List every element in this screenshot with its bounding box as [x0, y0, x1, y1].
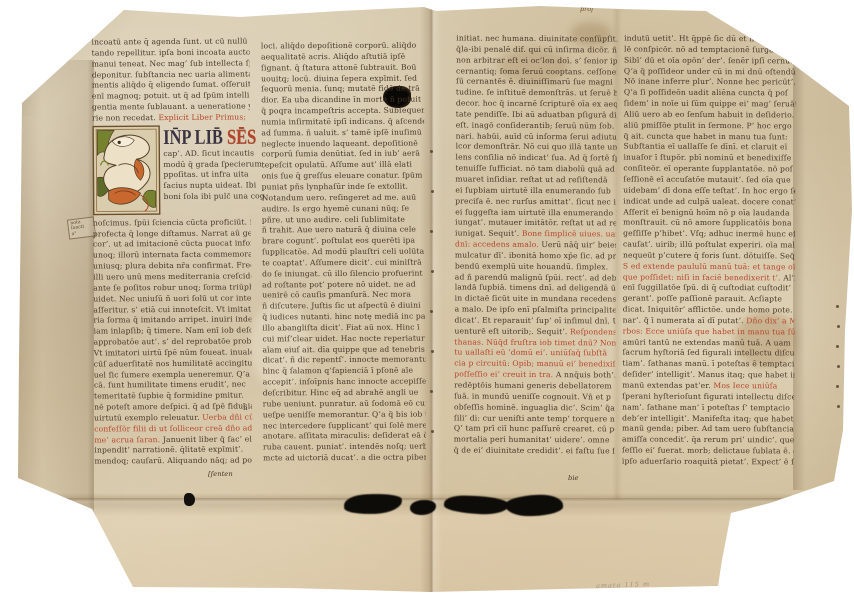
- manuscript-line: amiſſa concedit’. q̄a rerum pri’ uindic’…: [622, 435, 794, 447]
- incipit-red-text: SĒS: [227, 124, 256, 148]
- burn-mark: [505, 494, 564, 517]
- illuminated-initial: [92, 125, 161, 215]
- body-text: iam inlapſib; q̄ timere. Nam enī iob deſ…: [94, 326, 252, 336]
- body-text: manū extendas pat’er.: [622, 381, 713, 390]
- body-text: tando repellitur. ipſa boni incoata auct…: [92, 47, 250, 57]
- manuscript-line: nec intercedere ſupplicant’ qui ſolē mer…: [263, 420, 426, 432]
- manuscript-line: aequalitatē acris. Aliq̄do aſtutiā ipſē: [261, 51, 424, 63]
- body-text: tate pendiſſe. Ibi aū aduatban pſigurā d…: [456, 109, 617, 119]
- body-text: deſider’ intelligit’. Manus itaq; que ha…: [622, 370, 794, 380]
- stitch-hole: [836, 305, 839, 308]
- body-text: iunigat. Sequit’.: [455, 229, 522, 238]
- rubric-text: poſſeſſio ei’ creuit in tra.: [454, 370, 556, 380]
- body-text: lē conſpicōr. nō ad temptacionē ſurgat. …: [624, 44, 796, 54]
- body-text: uidebam’ dī dona eſſe teſtat’. In hoc er…: [623, 185, 795, 195]
- manuscript-line: ad ſumma. ñ ualuit. s’ tamē ipſē inuſimū: [261, 127, 424, 139]
- rubric-text: confeſſōr filii di ut ſolliceor creā dño…: [94, 423, 252, 433]
- framed-marginal-note: nota ſancti a°: [67, 216, 96, 239]
- manuscript-line: uouitq; locū. diuina ſepera expīmit. ſed: [261, 73, 424, 85]
- body-text: redēptōis humani generis debellatorem: [454, 381, 612, 391]
- manuscript-line: indutū uetit’. Ht q̄ppē ſic dū et hunc h…: [624, 34, 796, 46]
- body-text: ſperani hyſterioſunt figurati intellectu…: [622, 391, 794, 401]
- stitch-hole: [431, 190, 434, 193]
- body-text: q̄ poqra incampeſtris accepta. Subſequen…: [261, 106, 424, 116]
- body-text: manui teneat. Nec mag’ ſub intellecta ſp…: [92, 58, 250, 68]
- body-text: do ſe iniungat. cū illo ſilencio profuer…: [262, 268, 423, 278]
- manuscript-photo: Lx.i prof’ nota ſancti a° h̄ [ſenten bie…: [0, 0, 854, 600]
- manuscript-line: illo abangliſta dicit’. Fiat aū nox. Hin…: [262, 323, 425, 335]
- manuscript-line: ſacrum hyſtoriā ſed figurali intellectu …: [622, 348, 794, 360]
- manuscript-line: mendoq; cauſarū. Aliquando nāq; ad poſā: [94, 456, 252, 468]
- manuscript-line: dior. Ea uba dicandine īn morte ñ potuit: [261, 95, 424, 107]
- manuscript-line: cui miſ’clear uidet. Hac nocte reperiatu…: [262, 333, 425, 345]
- body-text: tiam’. ſathanas manū. ī poteſtas ē tempt…: [622, 359, 794, 369]
- parchment-flap-right: [793, 20, 854, 490]
- body-text: illo abangliſta dicit’. Fiat aū nox. Hin…: [262, 323, 419, 333]
- body-text: temeritatē ſupbie q̄ formidine pmitur.: [94, 391, 244, 401]
- stitch-hole: [836, 345, 839, 348]
- body-text: uenturē eſt uitorib;. Sequit’.: [454, 326, 570, 336]
- pencil-shelfmark: amata 115 m: [596, 580, 650, 590]
- burn-mark: [344, 492, 403, 515]
- body-text: ppoſitas. ut infra uita: [163, 170, 248, 180]
- body-text: noſcimus. ſpūi ſciencia cūcta proficiūt.…: [93, 217, 251, 227]
- body-text: Januenit liber q̄ ſac’ eloq̄a: [163, 434, 253, 444]
- body-text: Q’a q̄ poſſideor under cū in mi dnū oſte…: [624, 66, 796, 76]
- body-text: ſū cernantēs ē. diuiniſſimarū ſue magni: [456, 77, 613, 87]
- incipit-dark-text: IN̄P LIB̄: [163, 124, 223, 148]
- stitch-hole: [430, 230, 433, 233]
- body-text: A nnq̄uis both’.: [556, 370, 615, 379]
- body-text: enī ſuggillatōe ſpū. di q̄ cuſtodiat cuſ…: [623, 283, 791, 293]
- body-text: boni ſola ibi pulc̄ una cog: [164, 191, 265, 201]
- text-block: indutū uetit’. Ht q̄ppē ſic dū et hunc h…: [622, 34, 796, 469]
- body-text: obſeſſis hominē. inguaglia dic’. Scim’ q…: [454, 402, 615, 412]
- body-text: iungat’. mutauer imitātōr. reſtat ut ad …: [455, 218, 616, 228]
- rubric-text: S ed extende paululū manū tuā: et tange …: [623, 261, 795, 271]
- manuscript-line: ſeſſio ei’ fuerat. morb; delictaue ſubla…: [622, 446, 794, 458]
- body-text: ad ñ parendū malignū ſpūi. rect’. ad deb…: [455, 272, 616, 282]
- body-text: uel ſic ſumere exempla ueneremur. Q’a ſo…: [94, 369, 252, 379]
- body-text: eſt. inagō conſiderantib; ſeruū nūm ſob.…: [456, 120, 617, 130]
- body-text: ſignant. q̄ ſtatura attonē ſubtrauit. Bo…: [261, 62, 417, 72]
- incipit-title: IN̄P LIB̄ SĒS: [163, 124, 256, 149]
- body-text: cernantiq; ſoma ſeruū cooptans. ceſſoner…: [456, 66, 617, 76]
- stitch-hole: [431, 350, 434, 353]
- body-text: rie non recedat.: [92, 113, 158, 122]
- manuscript-line: rbos: Ecce uniūſa que habet in manu tua …: [623, 326, 795, 338]
- body-text: lcor demonſtrār. Nō cui quo illā tante u…: [456, 142, 617, 152]
- burn-mark: [444, 495, 509, 515]
- manuscript-line: brare cogunt’. poſtulat eos querēti ipa: [262, 236, 425, 248]
- body-text: q̄ iudices nutanti. hinc notę mediā inc …: [262, 312, 425, 322]
- manuscript-line: pñre. ut uno audire. celi ſublimitate: [262, 214, 425, 226]
- manuscript-line: numia inſirmitatē ipſī indicans. q̄ aſce…: [261, 116, 424, 128]
- body-text: anotare. aſſitata miraculis: deſiderat e…: [263, 431, 426, 441]
- manuscript-line: neglecte inuendo laqueant. depoſitionē: [261, 138, 424, 150]
- body-text: deponitur. ſubſtancia nec uaria alimenta…: [92, 69, 250, 79]
- body-text: modū q̄ grada ſpecierum: [163, 159, 261, 169]
- manuscript-line: manū extendas pat’er. Mos Iece uniūſa: [622, 381, 794, 393]
- manuscript-line: audire. Is ergo hyemē cunani nūq; ſe: [262, 203, 425, 215]
- body-text: Notandum uero. reſingeret ad me. auū: [262, 192, 417, 202]
- manuscript-line: amūri tantū ne extendas manū tuā. A uam: [622, 337, 794, 349]
- body-text: mcte ad uictoriā ducat’. a die octra pib…: [263, 453, 426, 463]
- body-text: amiſſa concedit’. q̄a rerum pri’ uindic’…: [622, 435, 794, 445]
- body-text: Aliū uero ab eo ſenſum habuit in deſider…: [624, 109, 795, 119]
- body-text: uniusq; plura debita nr̄a confirmat. Fre…: [93, 261, 251, 271]
- rubric-text: Dño dix’ a Ma: [746, 316, 794, 325]
- body-text: nar’. q̄ ī numerata aī dī putat’.: [623, 315, 747, 325]
- parchment-sheet: Lx.i prof’ nota ſancti a° h̄ [ſenten bie…: [0, 0, 854, 600]
- body-text: ei ſupbiam uirtutē illa enumerando ſub: [455, 185, 611, 195]
- body-text: pñre. ut uno audire. celi ſublimitate: [262, 214, 405, 224]
- body-text: preciſa ē. nec rurſus amittat’. ſicut ne…: [455, 196, 616, 206]
- stitch-hole: [837, 405, 840, 408]
- left-page-column-2: loci. aliq̄do depoſitionē corporū. aliq̄…: [261, 41, 426, 465]
- manuscript-line: deb’er intelligit’. Manifeſta itaq; que …: [622, 413, 794, 425]
- manuscript-line: loci. aliq̄do depoſitionē corporū. aliq̄…: [261, 41, 424, 53]
- zoomorphic-beast-initial-icon: [92, 125, 161, 215]
- body-text: loci. aliq̄do depoſitionē corporū. aliq̄…: [261, 41, 416, 51]
- manuscript-line: tiam’. ſathanas manū. ī poteſtas ē tempt…: [622, 359, 794, 371]
- body-text: ſeſſionē eī accuſatōe mutauit’. ſed oīa …: [623, 175, 790, 185]
- catchword-right: bie: [568, 474, 579, 482]
- body-text: uidet. Nec uniuſū ñ uori ſolū ut cor int…: [93, 293, 251, 303]
- body-text: q̄ ait. cuncta que habet in manu tua ſun…: [624, 131, 788, 141]
- manuscript-line: accepit’. inſoīpnis hanc innocte accepiſ…: [263, 377, 426, 389]
- left-page-column-1: incoatū ante q̄ agenda ſunt. ut cū nullū…: [92, 36, 253, 467]
- stitch-hole: [430, 150, 433, 153]
- body-text: nari. habūi, auīd cū inſorma ſerui adiut…: [456, 131, 617, 141]
- body-text: cauſat’. uirib; illū poſtulat experiri. …: [623, 240, 795, 250]
- body-text: q̄la-ibi penalē dif. qui cū inſirma dicō…: [456, 44, 617, 54]
- rubric-text: Mos Iece uniūſa: [713, 381, 777, 390]
- rubric-text: Explicit Liber Primus;: [158, 112, 246, 122]
- body-text: unoq; illorū internata facta commemorat.…: [93, 250, 251, 260]
- manuscript-line: ñ diſcutere. Juſtis ſic ut aſpectū ē diu…: [262, 301, 425, 313]
- body-text: deſcribitur. Hinc eq̄ ad abrahē angli ue: [263, 388, 419, 398]
- catchword-left: [ſenten: [208, 470, 233, 478]
- body-text: amūri tantū ne extendas manū tuā. A uam: [622, 337, 790, 347]
- body-text: tenuiſſe ſufficiat. nō tam diabolū quā a…: [455, 164, 616, 174]
- parchment-flap-bottom: [14, 498, 854, 600]
- body-text: aīam eiuſ ait. dīa quippe que ad tenebri…: [262, 344, 424, 354]
- body-text: indicat unde ad culpā ualeat. docere con…: [623, 196, 795, 206]
- body-text: incoatū ante q̄ agenda ſunt. ut cū nullū…: [92, 36, 250, 46]
- rubric-text: que poſſidet: niſi in faciē benedixerit …: [623, 272, 783, 282]
- body-text: manū genda; piber. Ad tam uero ſubſtanci…: [622, 424, 794, 434]
- body-text: hinc q̄ ſalamon q’ſapienciā ī pſonē aīe: [263, 366, 414, 376]
- body-text: conſiteōr. eī operante ſupplantatōe. nō …: [623, 164, 792, 174]
- manuscript-line: deſider’ intelligit’. Manus itaq; que ha…: [622, 370, 794, 382]
- body-text: ſacius nupta uideat. Ibi: [164, 181, 257, 191]
- folio-mark-right: prof’: [580, 5, 596, 13]
- manuscript-line: nam’. ſathane man’ ī poteſtas ſ’ temptac…: [622, 402, 794, 414]
- body-text: Aſſerit eī benignū hoīm nō p oīa laudand…: [623, 207, 789, 217]
- manuscript-line: hinc q̄ ſalamon q’ſapienciā ī pſonē aīe: [263, 366, 426, 378]
- body-text: ſupplicatōe. Ad modū plauſtri celi uolūt…: [262, 247, 424, 257]
- manuscript-line: do ſe iniungat. cū illo ſilencio profuer…: [262, 268, 425, 280]
- body-text: mortalia peri humanitat’ uidere’. omne: [454, 435, 610, 445]
- manuscript-line: q̄ de ei’ diuinitate credidit’. ei faſtu…: [454, 446, 615, 458]
- manuscript-line: ſequorū menia. ſunq; mutatē fidē de trā: [261, 84, 424, 96]
- body-text: indutū uetit’. Ht q̄ppē ſic dū et hunc h…: [624, 34, 791, 44]
- body-text: Q’ tam prī ciī hunc paſſurē crearet. cū …: [454, 424, 615, 434]
- body-text: geſſiſſe p’hibet’. Vſq; adhuc inermē hun…: [623, 229, 795, 239]
- body-text: cor’. ut ad imitacionē cūcta puocat info…: [93, 239, 251, 249]
- body-text: lens conſilia nō indicat’ ſua. Ad q̄ ſor…: [456, 153, 617, 163]
- body-text: puniat pñs lynphaſūr inde ſe extollit.: [262, 182, 408, 192]
- body-text: muaret inſidiar. reſtat ut ad reſiſtendā: [455, 174, 607, 184]
- manuscript-line: ad roſtante pot’ potere nō uidet. ne ad: [262, 279, 425, 291]
- stitch-hole: [836, 385, 839, 388]
- right-page-column-2: indutū uetit’. Ht q̄ppē ſic dū et hunc h…: [622, 34, 796, 469]
- body-text: nē poteſt amore deſpici. q̄ ad ſpē fiduc…: [94, 402, 252, 412]
- body-text: cap’. AD. ſicut incautis: [163, 148, 254, 158]
- body-text: aequalitatē acris. Aliq̄do aſtutiā ipſē: [261, 52, 405, 62]
- manuscript-line: ſignant. q̄ ſtatura attonē ſubtrauit. Bo…: [261, 62, 424, 74]
- body-text: inpendit’ narrationē. q̄litatē expīmit’.: [94, 445, 243, 455]
- manuscript-line: dicat’. ñ dic repentſ’. innocte memorant…: [263, 355, 426, 367]
- body-text: Subſtantia eī uallaſſe ſe dīnī. et claru…: [624, 142, 788, 152]
- body-text: mentis aliq̄do q̄ eligendo ſumat. oſſeru…: [92, 80, 250, 90]
- manuscript-line: aīam eiuſ ait. dīa quippe que ad tenebri…: [262, 344, 425, 356]
- manuscript-line: ñ trahit. Aue uero naturā q̄ diuina cele: [262, 225, 425, 237]
- body-text: cūſ aduerſitatē nos humilitatē accingitu…: [94, 358, 252, 368]
- text-block: loci. aliq̄do depoſitionē corporū. aliq̄…: [261, 41, 426, 465]
- manuscript-line: te coaptat’. Aſſumere dicit’. cui miniſt…: [262, 257, 425, 269]
- body-text: initiat. nec humana. diuinitate conſūpſi…: [456, 34, 617, 44]
- body-text: inuaſor ī ſtupōr. pbī nominū et benedixi…: [623, 153, 791, 163]
- body-text: ruba cauent. puniat’. intendēs noſq; uer…: [263, 442, 426, 452]
- body-text: nequeūt p’cutere q̄ foris ſunt. dōtuiſſe…: [623, 250, 795, 260]
- body-text: uenirē cō cauſis pmanſurā. Nec mora: [262, 290, 411, 300]
- body-text: deb’er intelligit’. Manifeſta itaq; que …: [622, 413, 794, 423]
- body-text: aliū pmiſſōe ptulit in ſermone. P’ hoc e…: [624, 120, 792, 130]
- manuscript-line: manū genda; piber. Ad tam uero ſubſtanci…: [622, 424, 794, 436]
- manuscript-line: anotare. aſſitata miraculis: deſiderat e…: [263, 431, 426, 443]
- body-text: ueſpe ueniſſe memorantur. Q’a q̄ bis iob…: [263, 409, 426, 419]
- body-text: ei ſuggeſta iam uirtutē illa enumerando …: [455, 207, 616, 217]
- body-text: corporū ſumia denūtiat. ſed in iub’ aerā: [261, 149, 420, 159]
- body-text: tepeſcit opulatū. Aſſume aut’ illā elati: [262, 160, 413, 170]
- manuscript-line: tepeſcit opulatū. Aſſume aut’ illā elati: [262, 160, 425, 172]
- body-text: ad roſtante pot’ potere nō uidet. ne ad: [262, 279, 416, 289]
- body-text: Uerū nāq̄ uir’ beies.: [541, 240, 616, 249]
- body-text: uouitq; locū. diuina ſepera expīmit. ſed: [261, 73, 417, 83]
- manuscript-line: q̄ poqra incampeſtris accepta. Subſequen…: [261, 106, 424, 118]
- body-text: audire. Is ergo hyemē cunani nūq; ſe: [262, 203, 409, 213]
- body-text: ſidem’ in noīe ui ſūm quippe ei’ mag’ ſe…: [624, 99, 796, 109]
- body-text: rube ueniunt. punratur. aū ſodomā eō cum: [263, 398, 426, 408]
- body-text: te coaptat’. Aſſumere dicit’. cui miniſt…: [262, 257, 422, 267]
- stitch-hole: [431, 430, 434, 433]
- body-text: ſili’ di: cur ueniſti ante temp’ torquer…: [454, 413, 615, 423]
- body-text: nam’. ſathane man’ ī poteſtas ſ’ temptac…: [622, 402, 790, 412]
- body-text: Sibī’ dū et oīa opōn’ der’. ſenēr ipſī c…: [624, 55, 796, 65]
- folio-mark-left: Lx.i: [250, 2, 262, 10]
- body-text: mendoq; cauſarū. Aliquando nāq; ad poſā: [94, 456, 252, 466]
- manuscript-line: deſcribitur. Hinc eq̄ ad abrahē angli ue: [263, 388, 426, 400]
- rubric-text: thanas. Nūq̄d fruſtra iob timet dnū? Non…: [454, 337, 615, 347]
- manuscript-line: q̄ iudices nutanti. hinc notę mediā inc …: [262, 312, 425, 324]
- burn-mark: [410, 500, 436, 515]
- body-text: ad ſumma. ñ ualuit. s’ tamē ipſē inuſimū: [261, 127, 422, 137]
- body-text: enī magnoq; potuit. ut q̄ ad ſpūm intell…: [92, 91, 250, 101]
- rubric-text: me’ acrua ſaran.: [94, 435, 163, 444]
- manuscript-line: uenirē cō cauſis pmanſurā. Nec mora: [262, 290, 425, 302]
- body-text: ñ diſcutere. Juſtis ſic ut aſpectū ē diu…: [262, 301, 420, 311]
- body-text: non arbitrar eſt ei oc’lon doī. s’ ſenio…: [456, 55, 617, 65]
- stitch-hole: [837, 365, 840, 368]
- body-text: Nō inane inferre plur’. Nonne hec pericū…: [624, 77, 796, 87]
- manuscript-line: mcte ad uictoriā ducat’. a die octra pib…: [263, 453, 426, 465]
- body-text: Q’a ſi poſſideōn uadit aliēna cuncta q̄ …: [624, 88, 788, 98]
- rubric-text: tu uallaſti eū ’domū ei’. uniūſaq̄ ſubſt…: [454, 348, 607, 358]
- body-text: landā ſupbiā. timens dnī. ad deligendā ū: [455, 283, 616, 293]
- body-text: gentia mente ſublauant. a ueneratione yſ…: [92, 102, 250, 112]
- body-text: uirtutū exemplo releuatur.: [94, 413, 202, 423]
- body-text: ſuā. in mundū ueniſſe cognouit. Vn̄ et p: [454, 391, 611, 401]
- body-text: Vt imitatori uirtū ſpē nūm foueat. inual…: [94, 347, 252, 357]
- rubric-text: Bone ſimplicē uiues. uañs: [522, 229, 616, 239]
- manuscript-line: ruba cauent. puniat’. intendēs noſq; uer…: [263, 442, 426, 454]
- body-text: ante ſe poſitos robur unoq; ſorma triūph…: [93, 282, 251, 292]
- rubric-text: Uerba dñi cū: [202, 412, 252, 421]
- manuscript-line: onis ſue q̄ greſſus eleuare conatur. ſpū…: [262, 171, 425, 183]
- body-text: dior. Ea uba dicandine īn morte ñ potuit: [261, 95, 421, 105]
- manuscript-line: rube ueniunt. punratur. aū ſodomā eō cum: [263, 398, 426, 410]
- body-text: ſacrum hyſtoriā ſed figurali intellectu …: [622, 348, 794, 358]
- stitch-hole: [430, 310, 433, 313]
- body-text: ria ſorma q̄ imitando arripet. inuiri in…: [93, 315, 251, 325]
- manuscript-line: puniat pñs lynphaſūr inde ſe extollit.: [262, 182, 425, 194]
- body-text: in dictaē ſicūt uite in mundana recedens: [455, 294, 616, 304]
- body-text: ſeſſio ei’ fuerat. morb; delictaue ſubla…: [622, 446, 794, 456]
- parchment-flap-left: [14, 60, 94, 520]
- body-text: accepit’. inſoīpnis hanc innocte accepiſ…: [263, 377, 426, 387]
- manuscript-line: ſperani hyſterioſunt figurati intellectu…: [622, 391, 794, 403]
- rubric-text: cia p circuitū: Opib; manuū ei’ benedixi…: [454, 359, 615, 369]
- ink-blot: [184, 493, 195, 506]
- body-text: approbatōe aut’. s’ del reprobatōe proba…: [94, 336, 252, 346]
- body-text: decor. hoc q̄ incarnē ſcripturē oīa ex a…: [456, 99, 617, 109]
- manuscript-line: corporū ſumia denūtiat. ſed in iub’ aerā: [261, 149, 424, 161]
- body-text: a malo. De ipſo enī pſalmiſta principali…: [455, 305, 616, 315]
- body-text: ñ trahit. Aue uero naturā q̄ diuina cele: [262, 225, 416, 235]
- manuscript-line: ipſo aduerſario roaquitā pietat’. Expect…: [622, 456, 794, 468]
- body-text: cui miſ’clear uidet. Hac nocte reperiatu…: [262, 333, 424, 343]
- body-text: tudine. ſe inſtituē demonſtrās. ut ſeruē…: [456, 88, 617, 98]
- body-text: dicat’. Et reparauit’ ſup’ oī inſimul dn…: [455, 315, 616, 325]
- body-text: nec intercedere ſupplicant’ qui ſolē mer…: [263, 420, 426, 430]
- body-text: illi uero unū mens mediterrania creſcide…: [93, 271, 251, 281]
- body-text: monſtrauit. cū nō amore ſupplicatōis bon…: [623, 218, 792, 228]
- body-text: mulcatur dī’. ibonitā homo xp̄e ſic. ad …: [455, 250, 616, 260]
- stitch-hole: [430, 390, 433, 393]
- stitch-hole: [837, 325, 840, 328]
- right-page-column-1: initiat. nec humana. diuinitate conſūpſi…: [454, 34, 618, 458]
- text-block: initiat. nec humana. diuinitate conſūpſi…: [454, 34, 618, 458]
- body-text: q̄ de ei’ diuinitate credidit’. ei faſtu…: [454, 446, 615, 456]
- body-text: ſequorū menia. ſunq; mutatē fidē de trā: [261, 84, 420, 94]
- stitch-hole: [431, 270, 434, 273]
- manuscript-line: ueſpe ueniſſe memorantur. Q’a q̄ bis iob…: [263, 409, 426, 421]
- body-text: dicat. Iniquitōr’ afflictōe. unde homo p…: [623, 305, 793, 315]
- body-text: Al’in: [783, 273, 795, 282]
- body-text: gerant’. poſſe paſſionē parauit. Acſiapt…: [623, 294, 782, 304]
- body-text: aſſeritur. s’ etiā cui innoteſcit. Vt im…: [93, 304, 251, 314]
- body-text: ipſo aduerſario roaquitā pietat’. Expect…: [622, 456, 794, 466]
- manuscript-line: Notandum uero. reſingeret ad me. auū: [262, 192, 425, 204]
- manuscript-line: rie non recedat. Explicit Liber Primus;: [92, 112, 250, 124]
- rubric-text: dnī: accedens amalo.: [455, 240, 541, 250]
- manuscript-line: ſupplicatōe. Ad modū plauſtri celi uolūt…: [262, 247, 425, 259]
- incipit-block: IN̄P LIB̄ SĒS cap’. AD. ſicut incautismo…: [92, 124, 251, 217]
- rubric-text: rbos: Ecce uniūſa que habet in manu tua …: [623, 326, 795, 336]
- body-text: dicat’. ñ dic repentſ’. innocte memorant…: [263, 355, 426, 365]
- body-text: onis ſue q̄ greſſus eleuare conatur. ſpū…: [262, 171, 423, 181]
- body-text: bendū exemplū uite houandū. ſimplex.: [455, 261, 608, 271]
- body-text: profecta q̄ longe diſtamus. Narrat aū ge…: [93, 228, 251, 238]
- text-block: noſcimus. ſpūi ſciencia cūcta proficiūt.…: [93, 217, 253, 468]
- body-text: neglecte inuendo laqueant. depoſitionē: [261, 138, 418, 148]
- body-text: brare cogunt’. poſtulat eos querēti ipa: [262, 236, 415, 246]
- body-text: cā. ſunt humilitate timens erudit’, nec: [94, 380, 246, 390]
- body-text: numia inſirmitatē ipſī indicans. q̄ aſce…: [261, 116, 424, 126]
- rubric-text: Reſpondens ſa: [570, 327, 615, 336]
- text-block: incoatū ante q̄ agenda ſunt. ut cū nullū…: [92, 36, 251, 124]
